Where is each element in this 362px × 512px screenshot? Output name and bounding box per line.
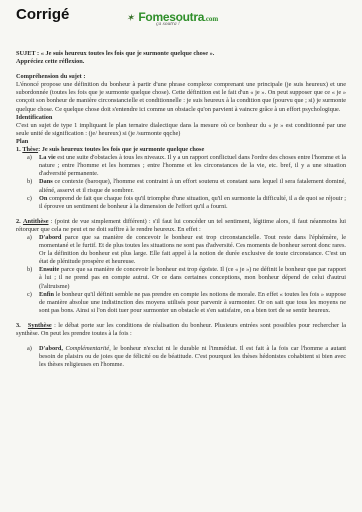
list-item: c)On comprend de fait que chaque fois qu… xyxy=(16,195,346,211)
section-synthesis-heading: 3. Synthèse : le débat porte sur les con… xyxy=(16,322,346,338)
fomesoutra-logo: ✶ Fomesoutra.com ça soutra ! xyxy=(126,8,236,34)
list-item: b)Ensuite parce que sa manière de concev… xyxy=(16,266,346,290)
document-title: Corrigé xyxy=(16,6,69,23)
list-item: c)Enfin le bonheur qu'il définit semble … xyxy=(16,291,346,315)
list-item: a)D'abord, Complémentarité, le bonheur n… xyxy=(16,345,346,369)
subject-instruction: Appréciez cette réflexion. xyxy=(16,58,346,66)
list-item: b)Dans ce contexte (baroque), l'homme es… xyxy=(16,178,346,194)
list-item: a)D'abord parce que sa manière de concev… xyxy=(16,234,346,266)
section-thesis-heading: 1. Thèse: Je suis heureux toutes les foi… xyxy=(16,146,346,154)
identification-text: C'est un sujet de type 1 impliquant le p… xyxy=(16,122,346,138)
comprehension-title: Compréhension du sujet : xyxy=(16,73,346,81)
logo-domain: .com xyxy=(204,15,218,23)
list-item: a)La vie est une suite d'obstacles à tou… xyxy=(16,154,346,178)
logo-mark-icon: ✶ xyxy=(126,13,134,24)
section-antithesis-heading: 2. Antithèse : (point de vue simplement … xyxy=(16,218,346,234)
document-body: SUJET : « Je suis heureux toutes les foi… xyxy=(16,50,346,369)
comprehension-text: L'énoncé propose une définition du bonhe… xyxy=(16,81,346,113)
identification-title: Identification xyxy=(16,114,346,122)
logo-tagline: ça soutra ! xyxy=(156,21,180,27)
plan-title: Plan xyxy=(16,138,346,146)
subject-line: SUJET : « Je suis heureux toutes les foi… xyxy=(16,50,346,58)
